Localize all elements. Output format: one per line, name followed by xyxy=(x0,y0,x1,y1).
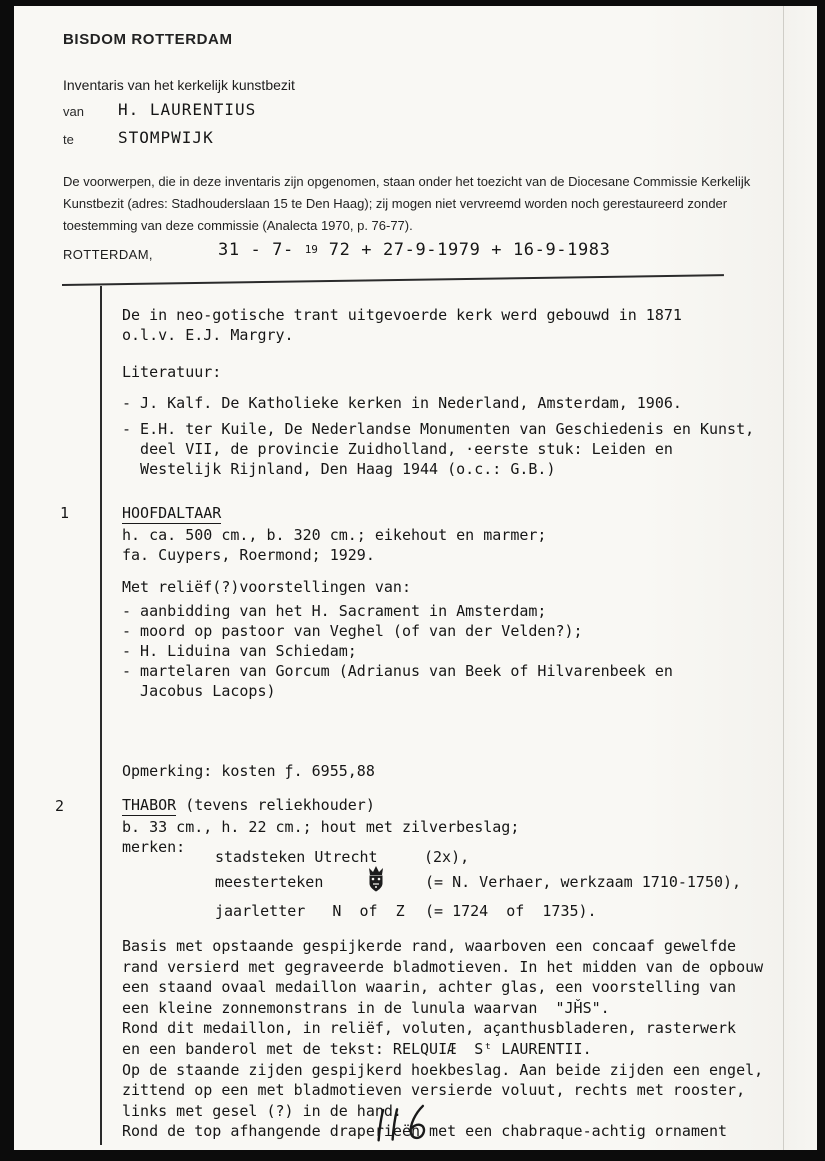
handwritten-page-number xyxy=(367,1101,439,1154)
scanned-document: BISDOM ROTTERDAM Inventaris van het kerk… xyxy=(0,0,825,1161)
item-2-title-suffix: (tevens reliekhouder) xyxy=(176,796,375,814)
merken-row1-value: (2x), xyxy=(424,848,469,866)
item-2-title: THABOR xyxy=(122,796,176,816)
date-rest: 72 + 27-9-1979 + 16-9-1983 xyxy=(318,240,611,260)
city-line: ROTTERDAM, xyxy=(63,247,153,262)
page-edge-line xyxy=(783,6,784,1150)
literatuur-item-1: - J. Kalf. De Katholieke kerken in Neder… xyxy=(122,393,682,413)
merken-row2-value: (= N. Verhaer, werkzaam 1710-1750), xyxy=(425,873,741,891)
commission-notice: De voorwerpen, die in deze inventaris zi… xyxy=(63,171,750,237)
literatuur-heading: Literatuur: xyxy=(122,362,221,382)
date-century: 19 xyxy=(305,243,318,256)
document-title: Inventaris van het kerkelijk kunstbezit xyxy=(63,77,295,93)
handwritten-116-strokes xyxy=(367,1101,439,1149)
place-name: STOMPWIJK xyxy=(118,128,214,147)
merken-row3-label: jaarletter N of Z xyxy=(215,902,405,920)
vertical-margin-rule xyxy=(100,286,102,1145)
van-label: van xyxy=(63,104,84,119)
date-line: 31 - 7- 19 72 + 27-9-1979 + 16-9-1983 xyxy=(218,240,610,260)
literatuur-item-2: - E.H. ter Kuile, De Nederlandse Monumen… xyxy=(122,419,754,479)
item-1-subheading: Met reliëf(?)voorstellingen van: xyxy=(122,577,411,597)
organization-title: BISDOM ROTTERDAM xyxy=(63,31,233,48)
item-2-number: 2 xyxy=(55,797,64,815)
item-2-heading: THABOR (tevens reliekhouder) xyxy=(122,796,375,815)
merken-row3-value: (= 1724 of 1735). xyxy=(425,902,597,920)
item-1-number: 1 xyxy=(60,504,69,522)
merken-row2-label: meesterteken xyxy=(215,873,323,891)
item-1-remark: Opmerking: kosten ƒ. 6955,88 xyxy=(122,761,375,781)
merken-row1-label: stadsteken Utrecht xyxy=(215,848,378,866)
item-1-details: h. ca. 500 cm., b. 320 cm.; eikehout en … xyxy=(122,525,546,565)
item-2-description: Basis met opstaande gespijkerde rand, wa… xyxy=(122,936,763,1142)
item-1-relief-list: - aanbidding van het H. Sacrament in Ams… xyxy=(122,601,673,701)
item-1-title: HOOFDALTAAR xyxy=(122,504,221,524)
date-day-month: 31 - 7- xyxy=(218,240,305,260)
te-label: te xyxy=(63,132,74,147)
intro-paragraph: De in neo-gotische trant uitgevoerde ker… xyxy=(122,305,682,345)
owner-name: H. LAURENTIUS xyxy=(118,100,256,119)
makers-mark-icon xyxy=(365,865,387,893)
